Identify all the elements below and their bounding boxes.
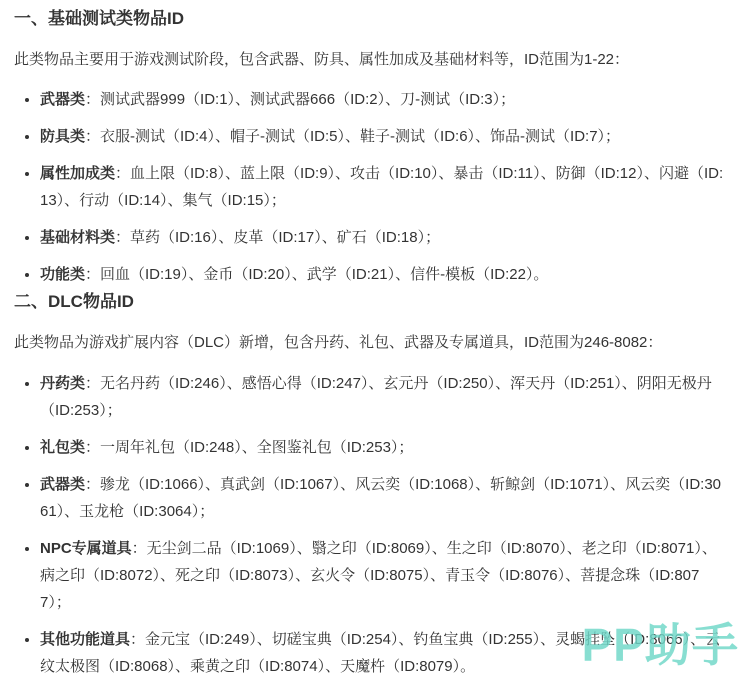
item-text: ：回血（ID:19）、金币（ID:20）、武学（ID:21）、信件-模板（ID:…	[85, 266, 548, 283]
item-text: ：测试武器999（ID:1）、测试武器666（ID:2）、刀-测试（ID:3）；	[85, 91, 515, 108]
item-text: ：血上限（ID:8）、蓝上限（ID:9）、攻击（ID:10）、暴击（ID:11）…	[40, 165, 723, 209]
item-category-label: 功能类	[40, 266, 85, 283]
section-1-intro: 此类物品主要用于游戏测试阶段，包含武器、防具、属性加成及基础材料等，ID范围为1…	[14, 47, 725, 73]
list-item: 防具类：衣服-测试（ID:4）、帽子-测试（ID:5）、鞋子-测试（ID:6）、…	[40, 123, 725, 150]
list-item: 武器类：测试武器999（ID:1）、测试武器666（ID:2）、刀-测试（ID:…	[40, 86, 725, 113]
item-category-label: 武器类	[40, 91, 85, 108]
item-category-label: 基础材料类	[40, 229, 115, 246]
list-item: 基础材料类：草药（ID:16）、皮革（ID:17）、矿石（ID:18）；	[40, 224, 725, 251]
item-text: ：衣服-测试（ID:4）、帽子-测试（ID:5）、鞋子-测试（ID:6）、饰品-…	[85, 128, 620, 145]
item-text: ：一周年礼包（ID:248）、全图鉴礼包（ID:253）；	[85, 439, 413, 456]
section-1-heading: 一、基础测试类物品ID	[14, 7, 725, 31]
list-item: 属性加成类：血上限（ID:8）、蓝上限（ID:9）、攻击（ID:10）、暴击（I…	[40, 160, 725, 214]
item-category-label: 礼包类	[40, 439, 85, 456]
section-2-heading: 二、DLC物品ID	[14, 290, 725, 314]
list-item: 武器类：骖龙（ID:1066）、真武剑（ID:1067）、风云奕（ID:1068…	[40, 471, 725, 525]
item-category-label: 属性加成类	[40, 165, 115, 182]
item-category-label: 武器类	[40, 476, 85, 493]
item-text: ：无名丹药（ID:246）、感悟心得（ID:247）、玄元丹（ID:250）、浑…	[40, 375, 712, 419]
item-text: ：无尘剑二品（ID:1069）、翳之印（ID:8069）、生之印（ID:8070…	[40, 540, 717, 611]
item-text: ：草药（ID:16）、皮革（ID:17）、矿石（ID:18）；	[115, 229, 440, 246]
list-item: 其他功能道具：金元宝（ID:249）、切磋宝典（ID:254）、钓鱼宝典（ID:…	[40, 626, 725, 675]
section-1-item-list: 武器类：测试武器999（ID:1）、测试武器666（ID:2）、刀-测试（ID:…	[14, 86, 725, 288]
list-item: 功能类：回血（ID:19）、金币（ID:20）、武学（ID:21）、信件-模板（…	[40, 261, 725, 288]
item-text: ：骖龙（ID:1066）、真武剑（ID:1067）、风云奕（ID:1068）、斩…	[40, 476, 721, 520]
item-text: ：金元宝（ID:249）、切磋宝典（ID:254）、钓鱼宝典（ID:255）、灵…	[40, 631, 720, 675]
document-body: 一、基础测试类物品ID 此类物品主要用于游戏测试阶段，包含武器、防具、属性加成及…	[0, 0, 741, 675]
item-category-label: 其他功能道具	[40, 631, 130, 648]
list-item: 丹药类：无名丹药（ID:246）、感悟心得（ID:247）、玄元丹（ID:250…	[40, 370, 725, 424]
list-item: 礼包类：一周年礼包（ID:248）、全图鉴礼包（ID:253）；	[40, 434, 725, 461]
section-2-intro: 此类物品为游戏扩展内容（DLC）新增，包含丹药、礼包、武器及专属道具，ID范围为…	[14, 330, 725, 356]
item-category-label: NPC专属道具	[40, 540, 132, 557]
item-category-label: 丹药类	[40, 375, 85, 392]
item-category-label: 防具类	[40, 128, 85, 145]
list-item: NPC专属道具：无尘剑二品（ID:1069）、翳之印（ID:8069）、生之印（…	[40, 535, 725, 616]
section-2-item-list: 丹药类：无名丹药（ID:246）、感悟心得（ID:247）、玄元丹（ID:250…	[14, 370, 725, 675]
